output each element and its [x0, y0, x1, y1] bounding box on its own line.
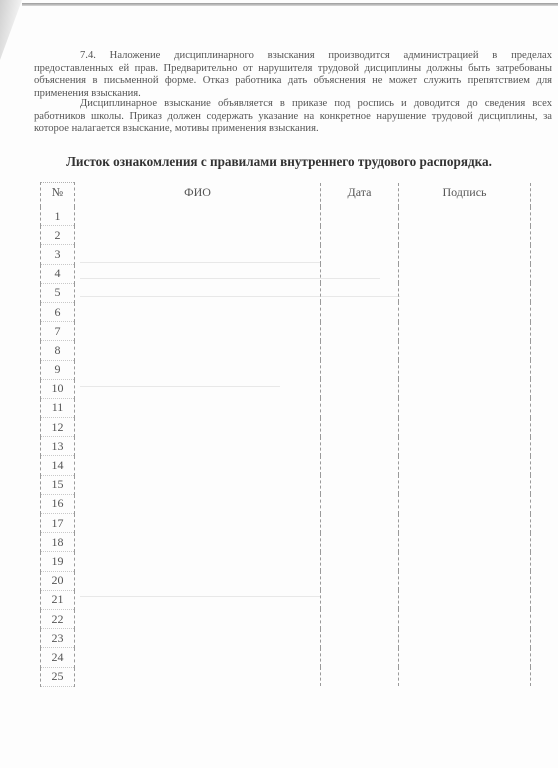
header-number: №: [41, 183, 75, 208]
row-number: 12: [41, 418, 75, 437]
row-number: 23: [41, 629, 75, 648]
table-row: 11: [41, 398, 531, 417]
row-number: 8: [41, 341, 75, 360]
table-row: 14: [41, 456, 531, 475]
fio-cell: [75, 552, 321, 571]
row-number: 10: [41, 379, 75, 398]
table-row: 24: [41, 648, 531, 667]
signature-cell: [399, 494, 531, 513]
row-number: 20: [41, 571, 75, 590]
table-row: 19: [41, 552, 531, 571]
table-row: 20: [41, 571, 531, 590]
fio-cell: [75, 418, 321, 437]
date-cell: [321, 456, 399, 475]
date-cell: [321, 207, 399, 226]
table-row: 12: [41, 418, 531, 437]
table-row: 23: [41, 629, 531, 648]
row-number: 6: [41, 302, 75, 321]
row-number: 22: [41, 609, 75, 628]
signature-cell: [399, 437, 531, 456]
fio-cell: [75, 437, 321, 456]
header-signature: Подпись: [399, 183, 531, 208]
signature-cell: [399, 475, 531, 494]
fio-cell: [75, 398, 321, 417]
table-row: 7: [41, 322, 531, 341]
signature-cell: [399, 322, 531, 341]
fio-cell: [75, 456, 321, 475]
row-number: 15: [41, 475, 75, 494]
row-number: 4: [41, 264, 75, 283]
scan-top-edge: [22, 3, 558, 6]
row-number: 5: [41, 283, 75, 302]
table-row: 9: [41, 360, 531, 379]
table-row: 1: [41, 207, 531, 226]
row-number: 11: [41, 398, 75, 417]
sheet-title: Листок ознакомления с правилами внутренн…: [0, 154, 558, 170]
signature-cell: [399, 609, 531, 628]
table-row: 13: [41, 437, 531, 456]
date-cell: [321, 379, 399, 398]
signature-cell: [399, 533, 531, 552]
signature-cell: [399, 226, 531, 245]
paragraph-7-4: 7.4. Наложение дисциплинарного взыскания…: [34, 50, 552, 100]
date-cell: [321, 475, 399, 494]
signature-cell: [399, 341, 531, 360]
signature-cell: [399, 360, 531, 379]
table-row: 4: [41, 264, 531, 283]
signature-cell: [399, 418, 531, 437]
table-row: 10: [41, 379, 531, 398]
fio-cell: [75, 590, 321, 609]
signature-cell: [399, 667, 531, 686]
row-number: 3: [41, 245, 75, 264]
row-number: 19: [41, 552, 75, 571]
row-number: 24: [41, 648, 75, 667]
fio-cell: [75, 207, 321, 226]
table-row: 25: [41, 667, 531, 686]
row-number: 17: [41, 514, 75, 533]
row-number: 16: [41, 494, 75, 513]
date-cell: [321, 398, 399, 417]
date-cell: [321, 437, 399, 456]
row-number: 1: [41, 207, 75, 226]
date-cell: [321, 322, 399, 341]
date-cell: [321, 264, 399, 283]
table-row: 22: [41, 609, 531, 628]
fio-cell: [75, 379, 321, 398]
signature-cell: [399, 514, 531, 533]
fio-cell: [75, 245, 321, 264]
date-cell: [321, 418, 399, 437]
fio-cell: [75, 264, 321, 283]
fio-cell: [75, 475, 321, 494]
date-cell: [321, 571, 399, 590]
table-row: 15: [41, 475, 531, 494]
date-cell: [321, 648, 399, 667]
row-number: 14: [41, 456, 75, 475]
signature-cell: [399, 245, 531, 264]
table-row: 5: [41, 283, 531, 302]
paragraph-text: Дисциплинарное взыскание объявляется в п…: [34, 98, 552, 134]
table-row: 18: [41, 533, 531, 552]
date-cell: [321, 494, 399, 513]
table-row: 8: [41, 341, 531, 360]
fio-cell: [75, 648, 321, 667]
row-number: 13: [41, 437, 75, 456]
table-row: 3: [41, 245, 531, 264]
fio-cell: [75, 494, 321, 513]
signature-cell: [399, 456, 531, 475]
date-cell: [321, 341, 399, 360]
date-cell: [321, 283, 399, 302]
acknowledgement-table: № ФИО Дата Подпись 123456789101112131415…: [40, 182, 531, 687]
table-row: 21: [41, 590, 531, 609]
fio-cell: [75, 341, 321, 360]
signature-cell: [399, 379, 531, 398]
fio-cell: [75, 609, 321, 628]
date-cell: [321, 629, 399, 648]
header-fio: ФИО: [75, 183, 321, 208]
date-cell: [321, 302, 399, 321]
row-number: 7: [41, 322, 75, 341]
row-number: 18: [41, 533, 75, 552]
signature-cell: [399, 207, 531, 226]
fio-cell: [75, 514, 321, 533]
signature-cell: [399, 571, 531, 590]
table-header-row: № ФИО Дата Подпись: [41, 183, 531, 208]
page-corner-shadow: [0, 0, 22, 60]
signature-cell: [399, 552, 531, 571]
signature-cell: [399, 590, 531, 609]
fio-cell: [75, 571, 321, 590]
date-cell: [321, 533, 399, 552]
table-row: 16: [41, 494, 531, 513]
date-cell: [321, 552, 399, 571]
header-date: Дата: [321, 183, 399, 208]
signature-cell: [399, 302, 531, 321]
date-cell: [321, 245, 399, 264]
row-number: 9: [41, 360, 75, 379]
date-cell: [321, 226, 399, 245]
signature-cell: [399, 264, 531, 283]
date-cell: [321, 360, 399, 379]
fio-cell: [75, 283, 321, 302]
date-cell: [321, 590, 399, 609]
row-number: 2: [41, 226, 75, 245]
fio-cell: [75, 302, 321, 321]
date-cell: [321, 609, 399, 628]
signature-cell: [399, 629, 531, 648]
paragraph-text: 7.4. Наложение дисциплинарного взыскания…: [34, 50, 552, 99]
fio-cell: [75, 667, 321, 686]
fio-cell: [75, 629, 321, 648]
date-cell: [321, 667, 399, 686]
row-number: 25: [41, 667, 75, 686]
table-row: 2: [41, 226, 531, 245]
fio-cell: [75, 360, 321, 379]
signature-cell: [399, 648, 531, 667]
table-row: 17: [41, 514, 531, 533]
row-number: 21: [41, 590, 75, 609]
signature-cell: [399, 398, 531, 417]
date-cell: [321, 514, 399, 533]
fio-cell: [75, 226, 321, 245]
signature-cell: [399, 283, 531, 302]
fio-cell: [75, 533, 321, 552]
paragraph-disciplinary-order: Дисциплинарное взыскание объявляется в п…: [34, 98, 552, 136]
table-row: 6: [41, 302, 531, 321]
fio-cell: [75, 322, 321, 341]
